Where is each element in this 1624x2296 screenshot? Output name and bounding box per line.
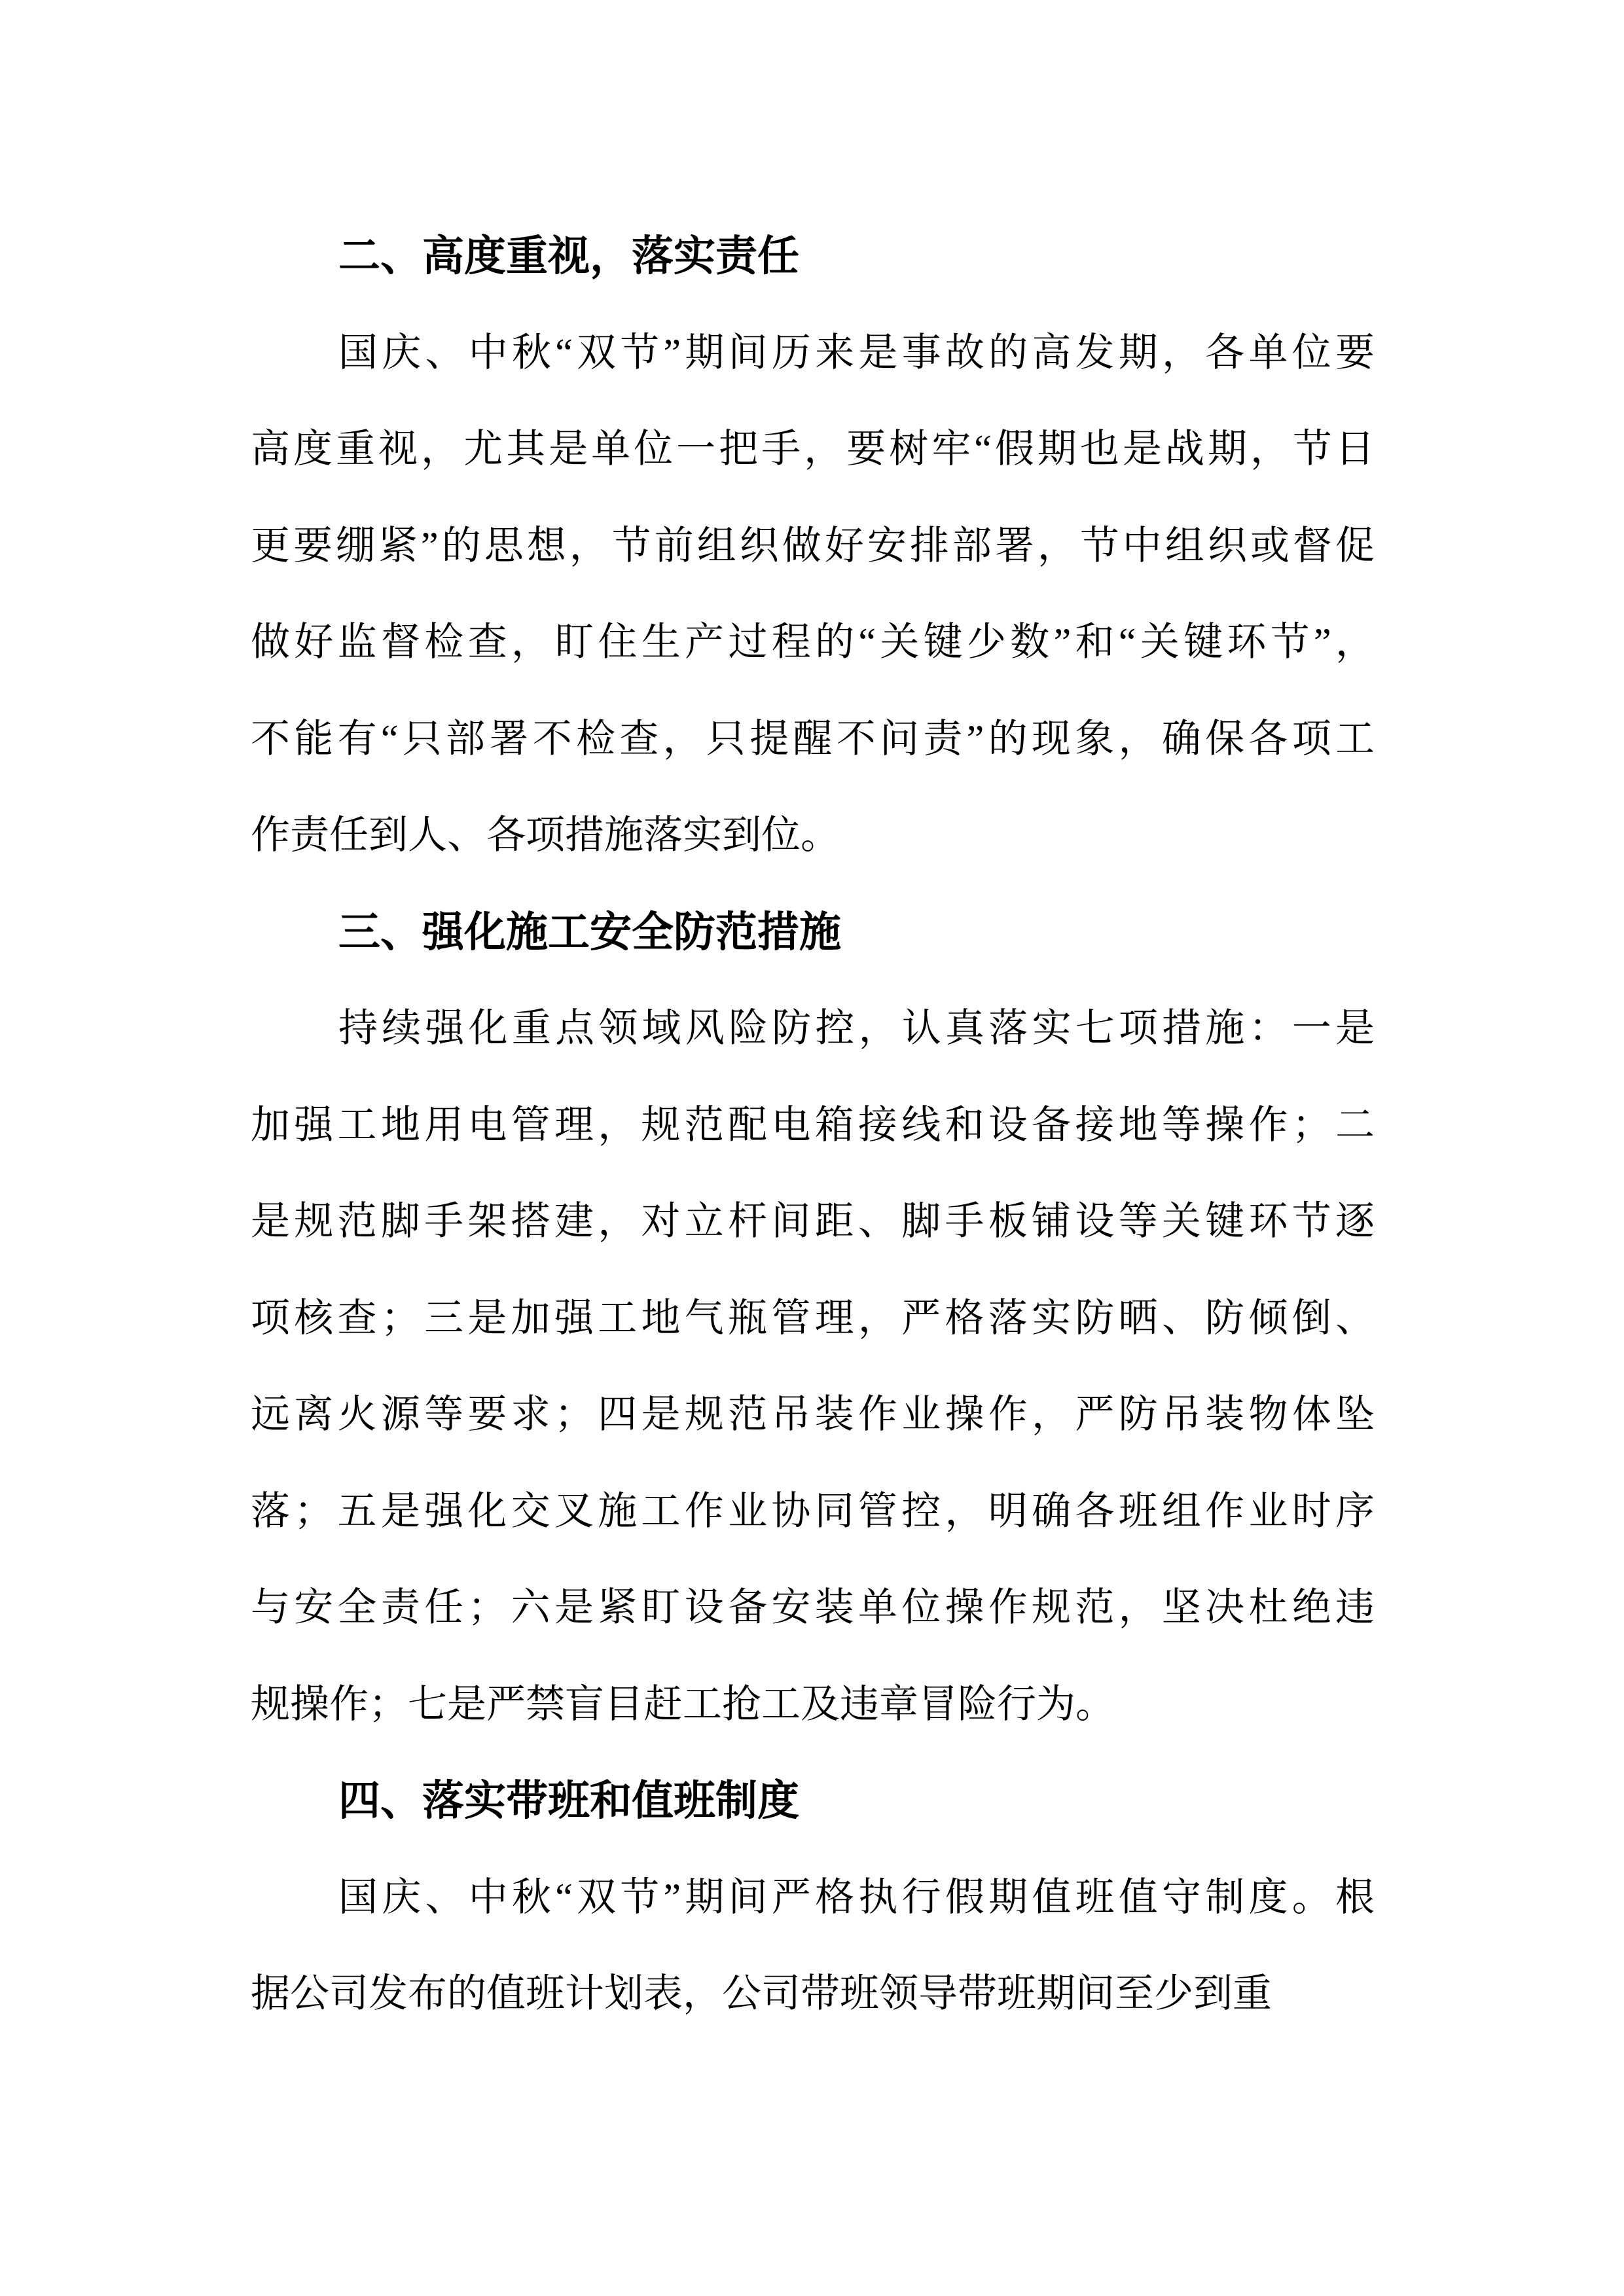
paragraph-line: 更要绷紧”的思想，节前组织做好安排部署，节中组织或督促	[251, 498, 1375, 595]
paragraph-line: 持续强化重点领域风险防控，认真落实七项措施：一是	[251, 980, 1375, 1077]
paragraph-line: 规操作；七是严禁盲目赶工抢工及违章冒险行为。	[251, 1657, 1375, 1753]
paragraph-line: 是规范脚手架搭建，对立杆间距、脚手板铺设等关键环节逐	[251, 1174, 1375, 1270]
paragraph-line: 国庆、中秋“双节”期间严格执行假期值班值守制度。根	[251, 1850, 1375, 1946]
paragraph-line: 国庆、中秋“双节”期间历来是事故的高发期，各单位要	[251, 305, 1375, 402]
paragraph-line: 据公司发布的值班计划表，公司带班领导带班期间至少到重	[251, 1946, 1375, 2043]
section-heading: 二、高度重视，落实责任	[251, 208, 1375, 305]
paragraph-line: 做好监督检查，盯住生产过程的“关键少数”和“关键环节”，	[251, 594, 1375, 691]
paragraph-line: 加强工地用电管理，规范配电箱接线和设备接地等操作；二	[251, 1077, 1375, 1174]
section-heading: 四、落实带班和值班制度	[251, 1753, 1375, 1850]
document-body: 二、高度重视，落实责任国庆、中秋“双节”期间历来是事故的高发期，各单位要高度重视…	[0, 0, 1624, 2043]
paragraph-line: 与安全责任；六是紧盯设备安装单位操作规范，坚决杜绝违	[251, 1560, 1375, 1657]
paragraph-line: 不能有“只部署不检查，只提醒不问责”的现象，确保各项工	[251, 691, 1375, 788]
paragraph-line: 项核查；三是加强工地气瓶管理，严格落实防晒、防倾倒、	[251, 1270, 1375, 1367]
paragraph-line: 远离火源等要求；四是规范吊装作业操作，严防吊装物体坠	[251, 1367, 1375, 1463]
document-page: 二、高度重视，落实责任国庆、中秋“双节”期间历来是事故的高发期，各单位要高度重视…	[0, 0, 1624, 2296]
section-heading: 三、强化施工安全防范措施	[251, 884, 1375, 981]
paragraph-line: 落；五是强化交叉施工作业协同管控，明确各班组作业时序	[251, 1463, 1375, 1560]
paragraph-line: 作责任到人、各项措施落实到位。	[251, 787, 1375, 884]
paragraph-line: 高度重视，尤其是单位一把手，要树牢“假期也是战期，节日	[251, 401, 1375, 498]
